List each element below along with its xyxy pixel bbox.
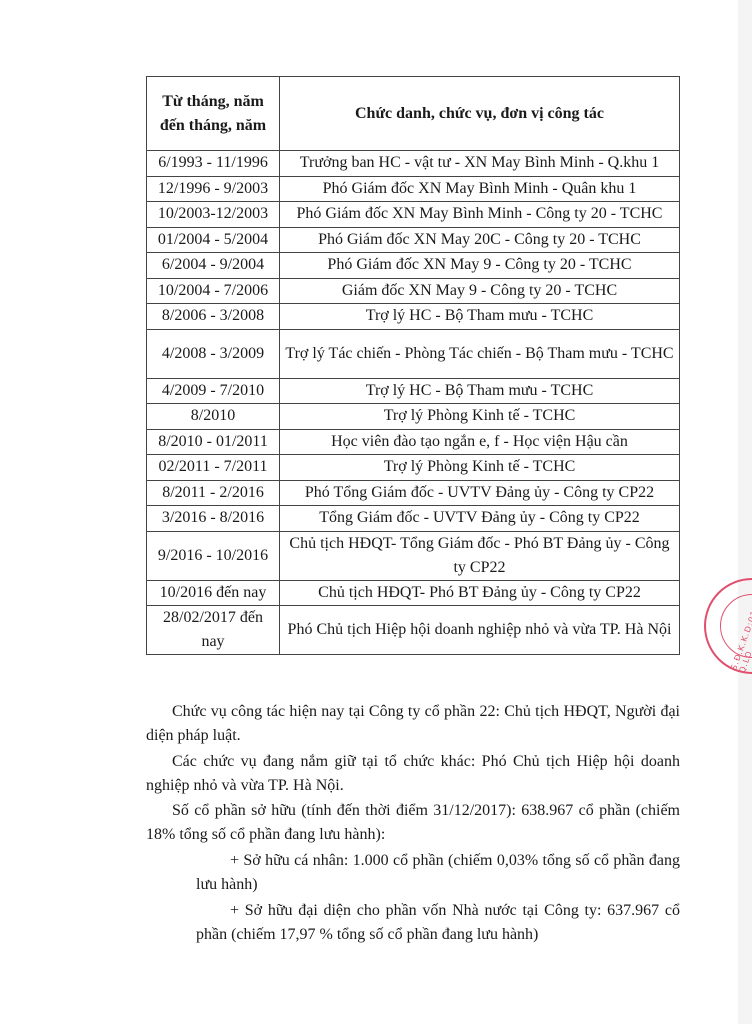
- table-row: 10/2004 - 7/2006Giám đốc XN May 9 - Công…: [147, 278, 680, 304]
- personal-shares-paragraph: + Sở hữu cá nhân: 1.000 cổ phần (chiếm 0…: [196, 849, 680, 897]
- company-stamp: S.Đ.K.K.D:010 * Q.LO: [704, 578, 752, 674]
- header-period: Từ tháng, năm đến tháng, năm: [147, 77, 280, 151]
- table-row: 10/2016 đến nayChủ tịch HĐQT- Phó BT Đản…: [147, 580, 680, 606]
- table-row: 12/1996 - 9/2003Phó Giám đốc XN May Bình…: [147, 176, 680, 202]
- period-cell: 10/2016 đến nay: [147, 580, 280, 606]
- period-cell: 6/2004 - 9/2004: [147, 253, 280, 279]
- period-cell: 8/2011 - 2/2016: [147, 480, 280, 506]
- table-row: 6/2004 - 9/2004Phó Giám đốc XN May 9 - C…: [147, 253, 680, 279]
- position-cell: Phó Chủ tịch Hiệp hội doanh nghiệp nhỏ v…: [280, 606, 680, 655]
- table-header-row: Từ tháng, năm đến tháng, năm Chức danh, …: [147, 77, 680, 151]
- position-cell: Phó Giám đốc XN May 9 - Công ty 20 - TCH…: [280, 253, 680, 279]
- state-shares-paragraph: + Sở hữu đại diện cho phần vốn Nhà nước …: [196, 899, 680, 947]
- other-positions-paragraph: Các chức vụ đang nắm giữ tại tổ chức khá…: [146, 750, 680, 798]
- table-row: 02/2011 - 7/2011Trợ lý Phòng Kinh tế - T…: [147, 455, 680, 481]
- table-row: 8/2010 - 01/2011Học viên đào tạo ngắn e,…: [147, 429, 680, 455]
- position-cell: Học viên đào tạo ngắn e, f - Học viện Hậ…: [280, 429, 680, 455]
- period-cell: 12/1996 - 9/2003: [147, 176, 280, 202]
- period-cell: 10/2004 - 7/2006: [147, 278, 280, 304]
- period-cell: 6/1993 - 11/1996: [147, 151, 280, 177]
- period-cell: 01/2004 - 5/2004: [147, 227, 280, 253]
- position-cell: Trợ lý HC - Bộ Tham mưu - TCHC: [280, 304, 680, 330]
- career-history-table: Từ tháng, năm đến tháng, năm Chức danh, …: [146, 76, 680, 655]
- period-cell: 02/2011 - 7/2011: [147, 455, 280, 481]
- position-cell: Phó Tổng Giám đốc - UVTV Đảng ủy - Công …: [280, 480, 680, 506]
- current-position-paragraph: Chức vụ công tác hiện nay tại Công ty cổ…: [146, 700, 680, 748]
- position-cell: Trợ lý HC - Bộ Tham mưu - TCHC: [280, 378, 680, 404]
- table-row: 9/2016 - 10/2016Chủ tịch HĐQT- Tổng Giám…: [147, 531, 680, 580]
- period-cell: 3/2016 - 8/2016: [147, 506, 280, 532]
- table-row: 8/2010Trợ lý Phòng Kinh tế - TCHC: [147, 404, 680, 430]
- period-cell: 8/2006 - 3/2008: [147, 304, 280, 330]
- table-row: 10/2003-12/2003Phó Giám đốc XN May Bình …: [147, 202, 680, 228]
- table-row: 3/2016 - 8/2016Tổng Giám đốc - UVTV Đảng…: [147, 506, 680, 532]
- table-row: 4/2009 - 7/2010Trợ lý HC - Bộ Tham mưu -…: [147, 378, 680, 404]
- position-cell: Chủ tịch HĐQT- Phó BT Đảng ủy - Công ty …: [280, 580, 680, 606]
- shares-owned-paragraph: Số cổ phần sở hữu (tính đến thời điểm 31…: [146, 799, 680, 847]
- header-position: Chức danh, chức vụ, đơn vị công tác: [280, 77, 680, 151]
- table-row: 01/2004 - 5/2004Phó Giám đốc XN May 20C …: [147, 227, 680, 253]
- table-row: 4/2008 - 3/2009Trợ lý Tác chiến - Phòng …: [147, 329, 680, 378]
- period-cell: 10/2003-12/2003: [147, 202, 280, 228]
- table-row: 6/1993 - 11/1996Trưởng ban HC - vật tư -…: [147, 151, 680, 177]
- position-cell: Phó Giám đốc XN May 20C - Công ty 20 - T…: [280, 227, 680, 253]
- position-cell: Tổng Giám đốc - UVTV Đảng ủy - Công ty C…: [280, 506, 680, 532]
- position-cell: Phó Giám đốc XN May Bình Minh - Quân khu…: [280, 176, 680, 202]
- position-cell: Phó Giám đốc XN May Bình Minh - Công ty …: [280, 202, 680, 228]
- page-edge: [738, 0, 752, 1024]
- period-cell: 4/2008 - 3/2009: [147, 329, 280, 378]
- position-cell: Trợ lý Phòng Kinh tế - TCHC: [280, 455, 680, 481]
- period-cell: 8/2010 - 01/2011: [147, 429, 280, 455]
- table-row: 28/02/2017 đến nayPhó Chủ tịch Hiệp hội …: [147, 606, 680, 655]
- table-row: 8/2011 - 2/2016Phó Tổng Giám đốc - UVTV …: [147, 480, 680, 506]
- position-cell: Trưởng ban HC - vật tư - XN May Bình Min…: [280, 151, 680, 177]
- table-row: 8/2006 - 3/2008Trợ lý HC - Bộ Tham mưu -…: [147, 304, 680, 330]
- position-cell: Trợ lý Tác chiến - Phòng Tác chiến - Bộ …: [280, 329, 680, 378]
- period-cell: 28/02/2017 đến nay: [147, 606, 280, 655]
- period-cell: 4/2009 - 7/2010: [147, 378, 280, 404]
- position-cell: Giám đốc XN May 9 - Công ty 20 - TCHC: [280, 278, 680, 304]
- period-cell: 9/2016 - 10/2016: [147, 531, 280, 580]
- period-cell: 8/2010: [147, 404, 280, 430]
- position-cell: Trợ lý Phòng Kinh tế - TCHC: [280, 404, 680, 430]
- position-cell: Chủ tịch HĐQT- Tổng Giám đốc - Phó BT Đả…: [280, 531, 680, 580]
